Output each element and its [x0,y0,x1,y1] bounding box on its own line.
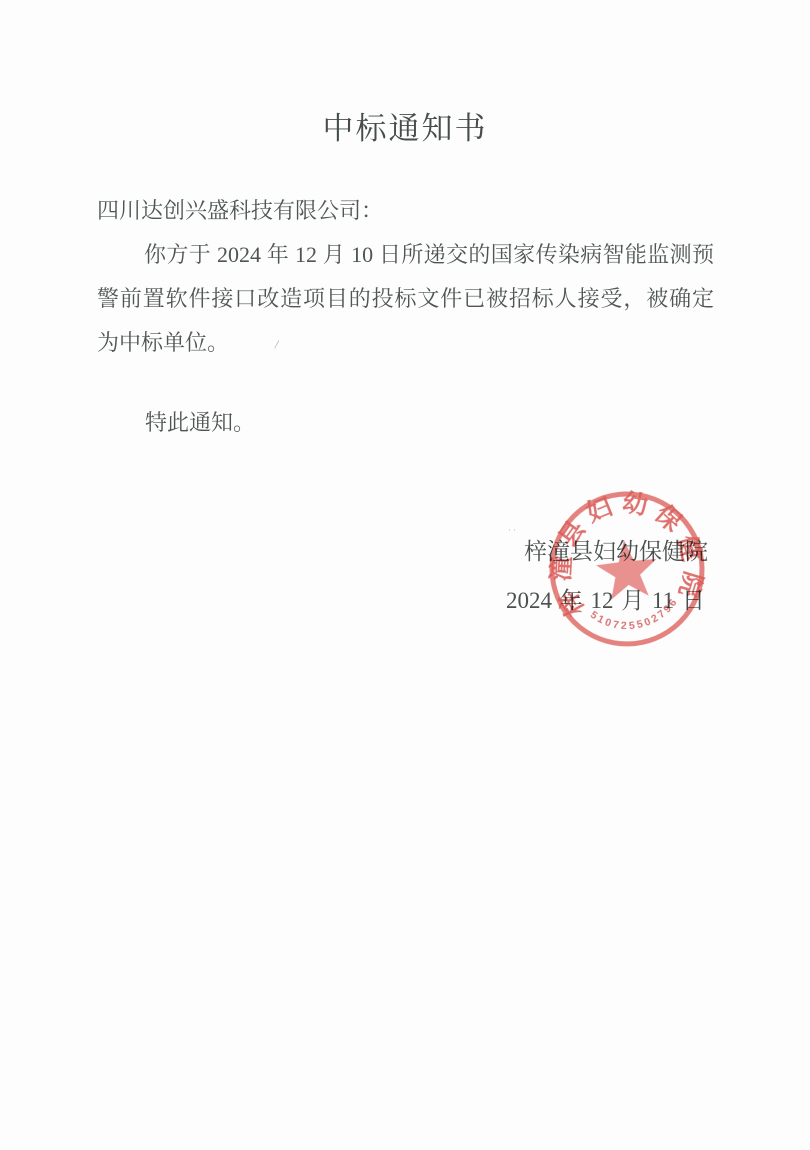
scanned-document-page: 中标通知书 四川达创兴盛科技有限公司： 你方于 2024 年 12 月 10 日… [0,0,810,1150]
recipient-line: 四川达创兴盛科技有限公司： [97,194,383,225]
seal-graphic: 梓潼县妇幼保健院 5107255027965 [534,476,721,663]
scan-artifact-specks: ·· [508,529,518,532]
body-paragraph: 你方于 2024 年 12 月 10 日所递交的国家传染病智能监测预 警前置软件… [97,240,714,372]
seal-star-icon [594,537,661,601]
official-seal: 梓潼县妇幼保健院 5107255027965 [534,476,721,663]
closing-line: 特此通知。 [145,406,255,437]
document-title: 中标通知书 [0,103,810,148]
body-line-1: 你方于 2024 年 12 月 10 日所递交的国家传染病智能监测预 [97,240,714,284]
body-line-3: 为中标单位。 [97,328,714,372]
body-line-2: 警前置软件接口改造项目的投标文件已被招标人接受，被确定 [97,284,714,328]
